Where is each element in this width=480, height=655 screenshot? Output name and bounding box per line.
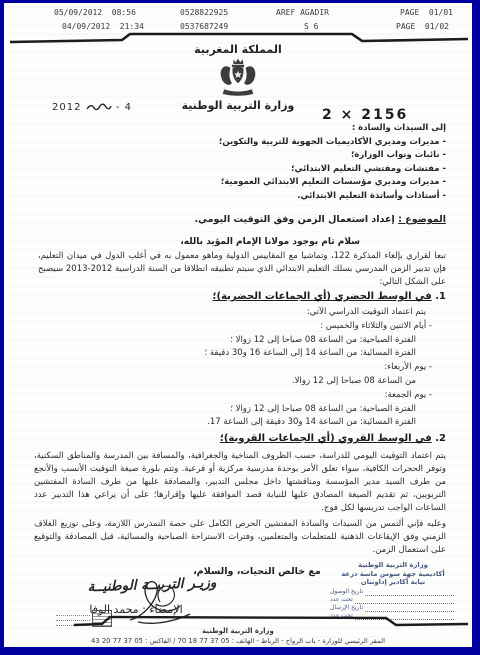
subject-text: إعداد استعمال الزمن وفق التوقيت اليومي.: [194, 214, 394, 225]
date-stamp-year: 2012: [52, 102, 81, 113]
addressee-item: - مديرات ومديري مؤسسات التعليم الابتدائي…: [146, 176, 446, 190]
month-scribble-icon: [86, 102, 112, 112]
footer-address: المقر الرئيسي للوزارة - باب الرواح - الر…: [4, 637, 472, 645]
section-rural-heading: 2. في الوسط القروي (أي الجماعات القروية)…: [220, 433, 446, 444]
dotted-line: [365, 590, 454, 596]
subject-line: الموضوع : إعداد استعمال الزمن وفق التوقي…: [26, 214, 446, 225]
reference-number: 2 × 2156: [322, 107, 408, 123]
section-title: في الوسط القروي (أي الجماعات القروية)؛: [220, 433, 432, 444]
date-stamp-day: - 4: [116, 102, 132, 113]
addressee-item: - أستاذات وأساتذة التعليم الابتدائي.: [146, 190, 446, 204]
closing-paragraph: وعليه فإني ألتمس من السيدات والسادة المف…: [34, 518, 446, 557]
section-number: 1.: [435, 291, 446, 302]
schedule-line: - يوم الجمعة:: [132, 389, 432, 403]
rural-paragraph: يتم اعتماد التوقيت اليومي للدراسة، حسب ا…: [34, 450, 446, 515]
intro-paragraph: تبعا لقراري بإلغاء المذكرة 122، وتماشيا …: [38, 250, 446, 289]
schedule-line: الفترة المسائية: من الساعة 14 و30 دقيقة …: [132, 416, 432, 430]
addressees-heading: إلى السيدات والسادة :: [146, 122, 446, 136]
fax-header-row-1: 05/09/2012 08:56 0528822925 AREF AGADIR …: [4, 8, 472, 19]
dotted-line: [355, 598, 454, 604]
stamp-line: وزارة التربية الوطنية: [330, 561, 456, 570]
footer-ministry: وزارة التربية الوطنية: [4, 627, 472, 635]
receipt-stamp: وزارة التربية الوطنية أكاديمية جهة سوس م…: [330, 561, 456, 621]
greeting-line: سلام تام بوجود مولانا الإمام المؤيد بالل…: [180, 237, 360, 247]
fax-page: PAGE 01/01: [400, 8, 453, 17]
section-number: 2.: [435, 433, 446, 444]
schedule-line: الفترة الصباحية: من الساعة 08 صباحا إلى …: [132, 334, 432, 348]
dotted-line: [365, 606, 454, 612]
section-urban-heading: 1. في الوسط الحضري (أي الجماعات الحضرية)…: [213, 291, 446, 302]
date-stamp: 2012 - 4: [52, 102, 172, 113]
fax-datetime: 05/09/2012 08:56: [54, 8, 136, 17]
kingdom-title: المملكة المغربية: [4, 43, 472, 56]
fax-number: 0528822925: [180, 8, 228, 17]
document-page: 05/09/2012 08:56 0528822925 AREF AGADIR …: [4, 3, 472, 647]
addressee-item: - مفتشات ومفتشي التعليم الابتدائي؛: [146, 163, 446, 177]
coat-of-arms-icon: [215, 57, 261, 97]
schedule-line: - أيام الاثنين والثلاثاء والخميس :: [132, 320, 432, 334]
urban-schedule: يتم اعتماد التوقيت الدراسي الآتي: - أيام…: [132, 306, 432, 430]
scanned-fax-frame: 05/09/2012 08:56 0528822925 AREF AGADIR …: [0, 0, 480, 655]
schedule-line: - يوم الأربعاء:: [132, 361, 432, 375]
schedule-line: يتم اعتماد التوقيت الدراسي الآتي:: [132, 306, 432, 320]
stamp-line: نيابة أكادير إداوتنان: [330, 578, 456, 587]
schedule-line: من الساعة 08 صباحا إلى 12 زوالا.: [132, 375, 432, 389]
section-title: في الوسط الحضري (أي الجماعات الحضرية)؛: [213, 291, 432, 302]
schedule-line: الفترة الصباحية: من الساعة 08 صباحا إلى …: [132, 403, 432, 417]
addressees-block: إلى السيدات والسادة : - مديرات ومديري ال…: [146, 122, 446, 204]
stamp-line: أكاديمية جهة سوس ماسة درعة: [330, 570, 456, 579]
fax-sender: AREF AGADIR: [276, 8, 329, 17]
addressee-item: - مديرات ومديري الأكاديميات الجهوية للتر…: [146, 136, 446, 150]
schedule-line: الفترة المسائية: من الساعة 14 إلى الساعة…: [132, 347, 432, 361]
subject-label: الموضوع :: [398, 214, 446, 225]
addressee-item: - نائبات ونواب الوزارة؛: [146, 149, 446, 163]
